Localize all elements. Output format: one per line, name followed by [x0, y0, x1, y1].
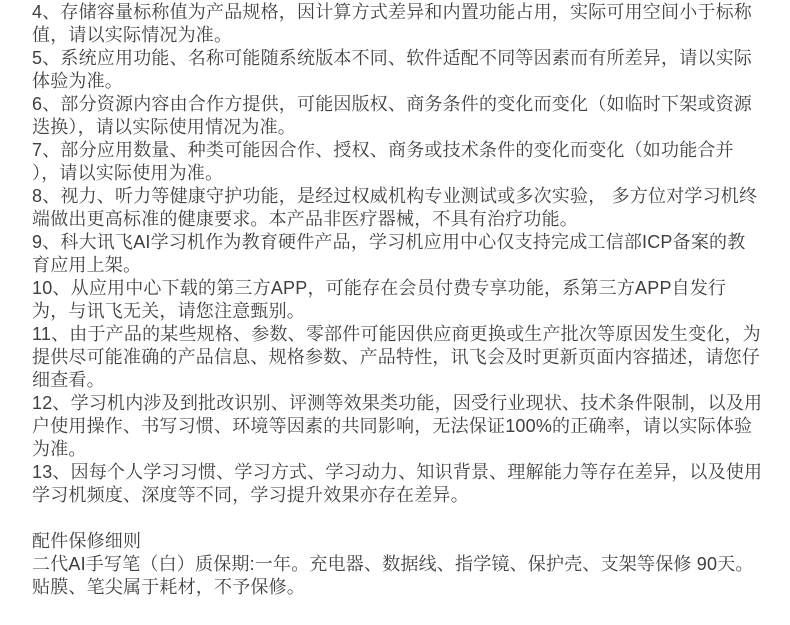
- text-line: 二代AI手写笔（白）质保期:一年。充电器、数据线、指学镜、保护壳、支架等保修 9…: [32, 553, 762, 576]
- text-line: 7、部分应用数量、种类可能因合作、授权、商务或技术条件的变化而变化（如功能合并: [32, 139, 762, 162]
- warranty-section: 配件保修细则 二代AI手写笔（白）质保期:一年。充电器、数据线、指学镜、保护壳、…: [32, 530, 762, 599]
- text-line: 9、科大讯飞AI学习机作为教育硬件产品，学习机应用中心仅支持完成工信部ICP备案…: [32, 231, 762, 254]
- text-line: 细查看。: [32, 369, 762, 392]
- text-line: 10、从应用中心下载的第三方APP，可能存在会员付费专享功能，系第三方APP自发…: [32, 277, 762, 300]
- disclaimer-item-5: 5、系统应用功能、名称可能随系统版本不同、软件适配不同等因素而有所差异，请以实际…: [32, 47, 762, 93]
- disclaimer-item-10: 10、从应用中心下载的第三方APP，可能存在会员付费专享功能，系第三方APP自发…: [32, 277, 762, 323]
- text-line: 8、视力、听力等健康守护功能，是经过权威机构专业测试或多次实验， 多方位对学习机…: [32, 185, 762, 208]
- text-line: 端做出更高标准的健康要求。本产品非医疗器械，不具有治疗功能。: [32, 208, 762, 231]
- text-line: ），请以实际使用为准。: [32, 162, 762, 185]
- text-line: 户使用操作、书写习惯、环境等因素的共同影响，无法保证100%的正确率，请以实际体…: [32, 415, 762, 438]
- disclaimer-item-9: 9、科大讯飞AI学习机作为教育硬件产品，学习机应用中心仅支持完成工信部ICP备案…: [32, 231, 762, 277]
- text-line: 学习机频度、深度等不同，学习提升效果亦存在差异。: [32, 484, 762, 507]
- text-line: 体验为准。: [32, 70, 762, 93]
- text-line: 12、学习机内涉及到批改识别、评测等效果类功能，因受行业现状、技术条件限制，以及…: [32, 392, 762, 415]
- disclaimer-item-6: 6、部分资源内容由合作方提供，可能因版权、商务条件的变化而变化（如临时下架或资源…: [32, 93, 762, 139]
- text-line: 13、因每个人学习习惯、学习方式、学习动力、知识背景、理解能力等存在差异，以及使…: [32, 461, 762, 484]
- blank-line: [32, 507, 762, 530]
- text-line: 6、部分资源内容由合作方提供，可能因版权、商务条件的变化而变化（如临时下架或资源: [32, 93, 762, 116]
- text-line: 值，请以实际情况为准。: [32, 24, 762, 47]
- text-line: 为，与讯飞无关，请您注意甄别。: [32, 300, 762, 323]
- text-line: 4、存储容量标称值为产品规格，因计算方式差异和内置功能占用，实际可用空间小于标称: [32, 1, 762, 24]
- text-line: 为准。: [32, 438, 762, 461]
- text-line: 11、由于产品的某些规格、参数、零部件可能因供应商更换或生产批次等原因发生变化，…: [32, 323, 762, 346]
- disclaimer-item-4: 4、存储容量标称值为产品规格，因计算方式差异和内置功能占用，实际可用空间小于标称…: [32, 1, 762, 47]
- section-heading-warranty: 配件保修细则: [32, 530, 762, 553]
- text-line: 贴膜、笔尖属于耗材，不予保修。: [32, 576, 762, 599]
- text-line: 育应用上架。: [32, 254, 762, 277]
- disclaimer-item-7: 7、部分应用数量、种类可能因合作、授权、商务或技术条件的变化而变化（如功能合并 …: [32, 139, 762, 185]
- disclaimer-item-11: 11、由于产品的某些规格、参数、零部件可能因供应商更换或生产批次等原因发生变化，…: [32, 323, 762, 392]
- disclaimer-item-12: 12、学习机内涉及到批改识别、评测等效果类功能，因受行业现状、技术条件限制，以及…: [32, 392, 762, 461]
- text-line: 提供尽可能准确的产品信息、规格参数、产品特性，讯飞会及时更新页面内容描述，请您仔: [32, 346, 762, 369]
- disclaimer-item-13: 13、因每个人学习习惯、学习方式、学习动力、知识背景、理解能力等存在差异，以及使…: [32, 461, 762, 507]
- disclaimer-item-8: 8、视力、听力等健康守护功能，是经过权威机构专业测试或多次实验， 多方位对学习机…: [32, 185, 762, 231]
- disclaimer-document: 4、存储容量标称值为产品规格，因计算方式差异和内置功能占用，实际可用空间小于标称…: [0, 0, 790, 599]
- text-line: 迭换），请以实际使用情况为准。: [32, 116, 762, 139]
- text-line: 5、系统应用功能、名称可能随系统版本不同、软件适配不同等因素而有所差异，请以实际: [32, 47, 762, 70]
